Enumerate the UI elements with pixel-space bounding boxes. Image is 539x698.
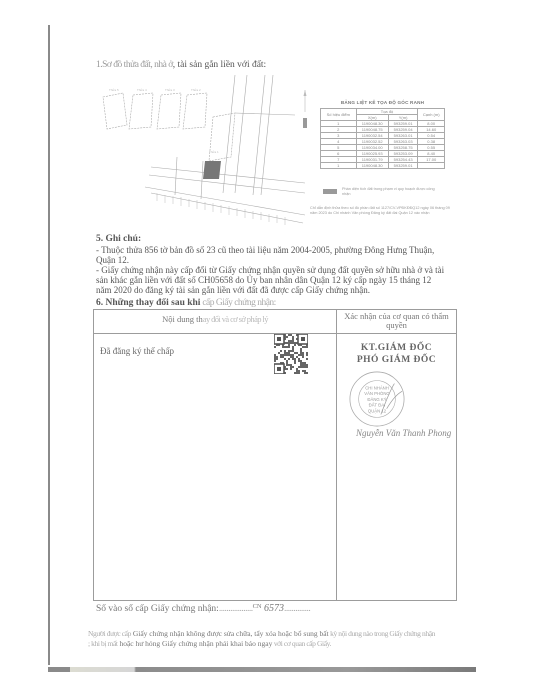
- header-change-content: Nội dung thay đổi và cơ sở pháp lý: [94, 314, 336, 324]
- registry-label: Số vào sổ cấp Giấy chứng nhận:: [96, 604, 219, 614]
- subject-plot: [203, 161, 221, 179]
- svg-text:Thửa 2: Thửa 2: [191, 88, 201, 92]
- svg-text:Thửa 3: Thửa 3: [165, 88, 175, 92]
- header-left-text: Nội dung th: [162, 314, 203, 324]
- land-plot-diagram: Thửa 5Thửa 4Thửa 3Thửa 2Thửa 1: [95, 75, 305, 225]
- svg-text:ĐĂNG KÝ: ĐĂNG KÝ: [367, 397, 386, 402]
- svg-text:Thửa 1: Thửa 1: [209, 150, 219, 154]
- footer-warning: Người được cấp Giấy chứng nhận không đượ…: [88, 629, 538, 649]
- legend-swatch: [323, 189, 337, 194]
- section-4-heading: 1.Sơ đồ thửa đất, nhà ở, tài sản gắn liề…: [96, 60, 266, 70]
- legend-text: Phần diện tích đất trong phạm vi quy hoạ…: [342, 187, 442, 196]
- plot-map-drawing: Thửa 5Thửa 4Thửa 3Thửa 2Thửa 1: [95, 75, 305, 225]
- coordinate-table: BẢNG LIỆT KÊ TỌA ĐỘ GÓC RANH Số hiệu điể…: [320, 100, 445, 169]
- registry-prefix: CN: [253, 603, 262, 610]
- coordinate-cell-y: 593259.01: [388, 163, 418, 169]
- changes-title-text: 6. Những thay đổi sau khi: [96, 298, 200, 308]
- changes-title-faded: cấp Giấy chứng nhận:: [200, 298, 275, 308]
- footer-line-2: ; khi bị mất hoặc hư hỏng Giấy chứng nhậ…: [88, 639, 538, 649]
- coordinate-row: 21190048.75593259.0414.60: [321, 127, 445, 133]
- svg-text:QUẬN 12: QUẬN 12: [368, 409, 387, 414]
- changes-table: Nội dung thay đổi và cơ sở pháp lý Xác n…: [93, 309, 457, 601]
- footer-faded: kỳ nội dung nào trong Giấy chứng nhận: [329, 629, 435, 638]
- signatory-title-line-1: KT.GIÁM ĐỐC: [337, 342, 456, 354]
- col-edge: Cạnh (m): [418, 109, 445, 121]
- coordinate-table-title: BẢNG LIỆT KÊ TỌA ĐỘ GÓC RANH: [320, 100, 445, 105]
- notes-title: 5. Ghi chú:: [96, 234, 446, 244]
- heading-text: , tài sản gắn liền với đất:: [173, 60, 266, 70]
- mortgage-entry: Đã đăng ký thế chấp: [100, 346, 174, 356]
- header-authority-confirmation: Xác nhận của cơ quan có thẩm quyền: [337, 312, 456, 330]
- coordinate-cell-point: 1: [321, 163, 357, 169]
- changes-title: 6. Những thay đổi sau khi cấp Giấy chứng…: [96, 298, 276, 308]
- registry-dots: ..............: [284, 604, 310, 614]
- svg-text:CHI NHÁNH: CHI NHÁNH: [365, 385, 389, 390]
- col-point: Số hiệu điểm: [321, 109, 357, 121]
- registry-dots: ..................: [219, 604, 253, 614]
- footer-faded: ; khi bị mất: [88, 639, 118, 648]
- signatory-title-line-2: PHÓ GIÁM ĐỐC: [337, 354, 456, 366]
- qr-code-icon: [274, 334, 308, 374]
- svg-text:VĂN PHÒNG: VĂN PHÒNG: [364, 391, 390, 396]
- note-item: - Thuộc thửa 856 tờ bản đồ số 23 cũ theo…: [96, 245, 446, 265]
- coordinate-grid: Số hiệu điểm Tọa độ Cạnh (m) X(m) Y(m) 1…: [320, 108, 445, 169]
- scan-bottom-edge: [48, 667, 476, 672]
- signer-name: Nguyễn Văn Thanh Phong: [356, 428, 451, 438]
- svg-text:Thửa 5: Thửa 5: [109, 88, 119, 92]
- registry-number-line: Số vào sổ cấp Giấy chứng nhận:..........…: [96, 603, 310, 614]
- heading-faded-prefix: 1.Sơ đồ thửa đất, nhà ở: [96, 60, 173, 70]
- svg-text:ĐẤT ĐAI: ĐẤT ĐAI: [369, 403, 386, 408]
- footer-line-1: Người được cấp Giấy chứng nhận không đượ…: [88, 629, 538, 639]
- coordinate-cell-x: 1190048.30: [356, 163, 388, 169]
- page-edge-shadow: [48, 25, 50, 665]
- footer-faded: với cơ quan cấp Giấy.: [272, 639, 331, 648]
- footer-faded: Người được cấp: [88, 629, 131, 638]
- coordinate-row: 11190048.30593259.01: [321, 163, 445, 169]
- legend-note: Chỉ dẫn định thửa theo số đồ phần đất số…: [310, 206, 455, 216]
- header-left-faded: ay đổi và cơ sở pháp lý: [203, 314, 268, 324]
- svg-text:Thửa 4: Thửa 4: [137, 88, 147, 92]
- coordinate-row: 71190031.79593254.4317.00: [321, 157, 445, 163]
- note-item: - Giấy chứng nhận này cấp đổi từ Giấy ch…: [96, 265, 446, 295]
- official-stamp-icon: CHI NHÁNH VĂN PHÒNG ĐĂNG KÝ ĐẤT ĐAI QUẬN…: [348, 370, 406, 428]
- north-arrow-icon: [301, 90, 309, 130]
- signatory-title: KT.GIÁM ĐỐC PHÓ GIÁM ĐỐC: [337, 342, 456, 366]
- registry-number: 6573: [264, 603, 284, 614]
- footer-text: Giấy chứng nhận không được sửa chữa, tẩy…: [131, 629, 329, 638]
- footer-text: hoặc hư hỏng Giấy chứng nhận phải khai b…: [118, 639, 273, 648]
- notes-section: 5. Ghi chú: - Thuộc thửa 856 tờ bản đồ s…: [96, 234, 446, 295]
- coordinate-cell-edge: [418, 163, 445, 169]
